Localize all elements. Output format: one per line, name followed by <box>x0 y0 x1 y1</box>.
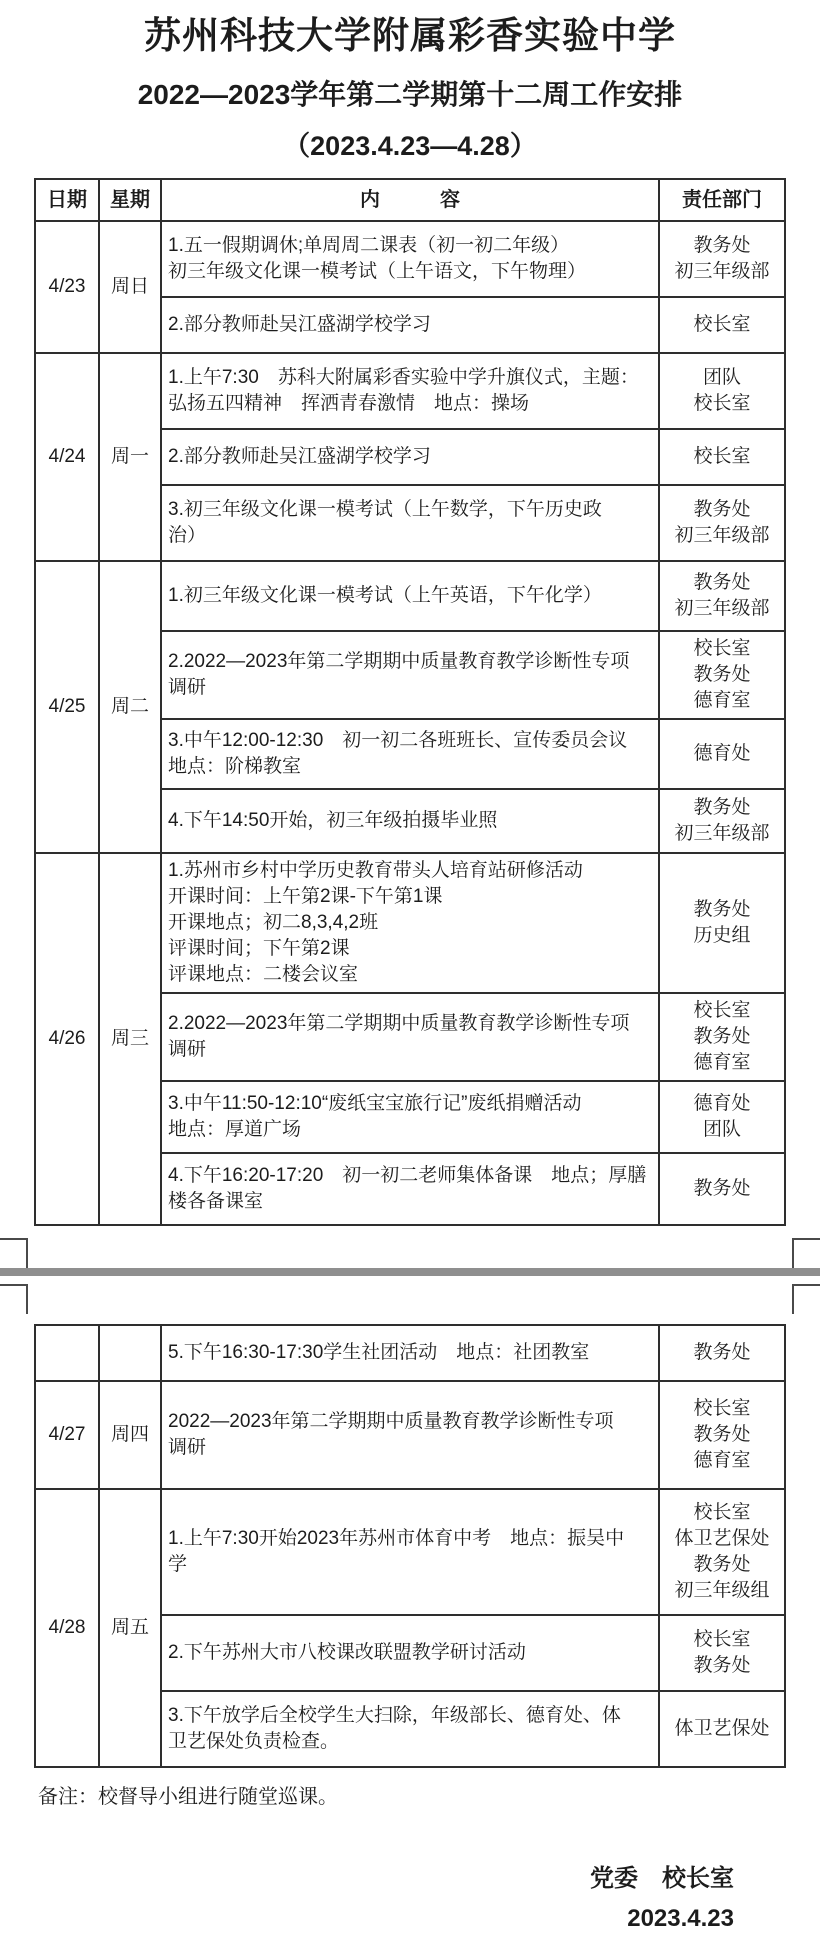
date-cell <box>35 1325 99 1381</box>
department-cell: 校长室 教务处 德育室 <box>659 993 785 1081</box>
department-cell: 校长室 体卫艺保处 教务处 初三年级组 <box>659 1489 785 1615</box>
content-cell: 2.2022—2023年第二学期期中质量教育教学诊断性专项 调研 <box>161 993 659 1081</box>
weekday-cell: 周日 <box>99 221 161 353</box>
content-cell: 3.下午放学后全校学生大扫除，年级部长、德育处、体 卫艺保处负责检查。 <box>161 1691 659 1767</box>
content-cell: 4.下午16:20-17:20 初一初二老师集体备课 地点；厚膳 楼各备课室 <box>161 1153 659 1225</box>
weekday-cell: 周一 <box>99 353 161 561</box>
signature-committee: 党委 校长室 <box>0 1858 734 1893</box>
department-cell: 校长室 教务处 德育室 <box>659 631 785 719</box>
content-cell: 2022—2023年第二学期期中质量教育教学诊断性专项 调研 <box>161 1381 659 1489</box>
content-cell: 3.中午12:00-12:30 初一初二各班班长、宣传委员会议 地点：阶梯教室 <box>161 719 659 789</box>
schedule-table-page2: 5.下午16:30-17:30学生社团活动 地点：社团教室 教务处 4/27 周… <box>34 1324 786 1768</box>
content-cell: 3.中午11:50-12:10“废纸宝宝旅行记”废纸捐赠活动 地点：厚道广场 <box>161 1081 659 1153</box>
content-cell: 2.2022—2023年第二学期期中质量教育教学诊断性专项 调研 <box>161 631 659 719</box>
date-cell: 4/26 <box>35 853 99 1225</box>
page-corner-mark <box>792 1284 820 1314</box>
page-corner-mark <box>792 1238 820 1268</box>
department-cell: 教务处 <box>659 1325 785 1381</box>
department-cell: 教务处 初三年级部 <box>659 485 785 561</box>
department-cell: 教务处 初三年级部 <box>659 789 785 853</box>
page-corner-mark <box>0 1238 28 1268</box>
weekday-cell: 周二 <box>99 561 161 853</box>
content-cell: 1.五一假期调休;单周周二课表（初一初二年级） 初三年级文化课一模考试（上午语文… <box>161 221 659 297</box>
department-cell: 团队 校长室 <box>659 353 785 429</box>
page-daterange: （2023.4.23—4.28） <box>0 130 820 162</box>
department-cell: 校长室 教务处 <box>659 1615 785 1691</box>
content-cell: 1.初三年级文化课一模考试（上午英语，下午化学） <box>161 561 659 631</box>
weekday-cell <box>99 1325 161 1381</box>
header-department: 责任部门 <box>659 179 785 221</box>
signature-block: 党委 校长室 2023.4.23 <box>0 1858 820 1933</box>
header-weekday: 星期 <box>99 179 161 221</box>
department-cell: 教务处 历史组 <box>659 853 785 993</box>
date-cell: 4/27 <box>35 1381 99 1489</box>
department-cell: 校长室 教务处 德育室 <box>659 1381 785 1489</box>
content-cell: 4.下午14:50开始，初三年级拍摄毕业照 <box>161 789 659 853</box>
department-cell: 体卫艺保处 <box>659 1691 785 1767</box>
content-cell: 2.部分教师赴吴江盛湖学校学习 <box>161 429 659 485</box>
department-cell: 教务处 <box>659 1153 785 1225</box>
weekday-cell: 周三 <box>99 853 161 1225</box>
date-cell: 4/24 <box>35 353 99 561</box>
date-cell: 4/23 <box>35 221 99 353</box>
schedule-table-page1: 日期 星期 内 容 责任部门 4/23 周日 1.五一假期调休;单周周二课表（初… <box>34 178 786 1226</box>
page-corner-mark <box>0 1284 28 1314</box>
department-cell: 教务处 初三年级部 <box>659 221 785 297</box>
page-break <box>0 1232 820 1316</box>
department-cell: 教务处 初三年级部 <box>659 561 785 631</box>
department-cell: 校长室 <box>659 297 785 353</box>
page-break-bar <box>0 1268 820 1276</box>
content-cell: 5.下午16:30-17:30学生社团活动 地点：社团教室 <box>161 1325 659 1381</box>
document-page: { "header": { "title": "苏州科技大学附属彩香实验中学",… <box>0 0 820 1933</box>
content-cell: 2.下午苏州大市八校课改联盟教学研讨活动 <box>161 1615 659 1691</box>
weekday-cell: 周五 <box>99 1489 161 1767</box>
content-cell: 1.上午7:30开始2023年苏州市体育中考 地点：振吴中 学 <box>161 1489 659 1615</box>
content-cell: 1.苏州市乡村中学历史教育带头人培育站研修活动 开课时间：上午第2课-下午第1课… <box>161 853 659 993</box>
page-title: 苏州科技大学附属彩香实验中学 <box>0 14 820 58</box>
page-subtitle: 2022—2023学年第二学期第十二周工作安排 <box>0 78 820 112</box>
content-cell: 3.初三年级文化课一模考试（上午数学，下午历史政 治） <box>161 485 659 561</box>
note-line: 备注：校督导小组进行随堂巡课。 <box>38 1784 820 1810</box>
department-cell: 德育处 团队 <box>659 1081 785 1153</box>
department-cell: 德育处 <box>659 719 785 789</box>
header-content: 内 容 <box>161 179 659 221</box>
signature-date: 2023.4.23 <box>0 1905 734 1933</box>
date-cell: 4/28 <box>35 1489 99 1767</box>
content-cell: 1.上午7:30 苏科大附属彩香实验中学升旗仪式，主题： 弘扬五四精神 挥洒青春… <box>161 353 659 429</box>
department-cell: 校长室 <box>659 429 785 485</box>
content-cell: 2.部分教师赴吴江盛湖学校学习 <box>161 297 659 353</box>
date-cell: 4/25 <box>35 561 99 853</box>
header-date: 日期 <box>35 179 99 221</box>
weekday-cell: 周四 <box>99 1381 161 1489</box>
